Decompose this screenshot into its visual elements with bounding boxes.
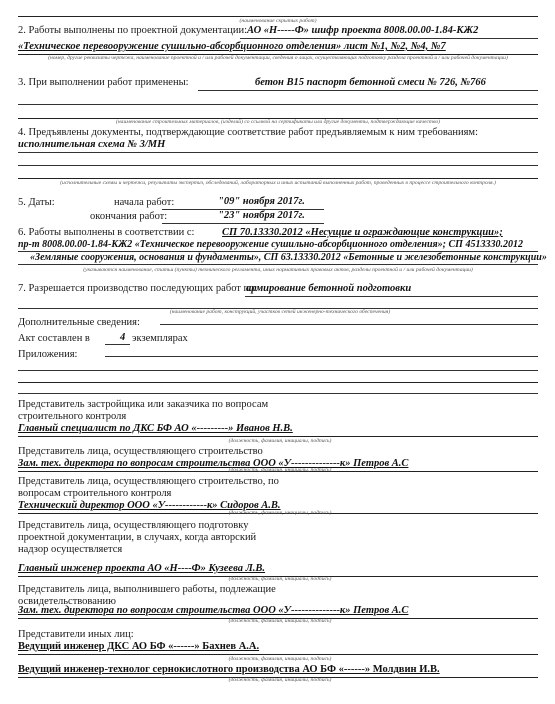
sig1-role-line1: Представитель застройщика или заказчика … xyxy=(18,399,268,411)
sig5-caption: (должность, фамилия, инициалы, подпись) xyxy=(160,618,400,625)
section2-value-line1: АО «Н-----Ф» шифр проекта 8008.00.00-1.8… xyxy=(247,25,478,37)
start-date-label: начала работ: xyxy=(114,197,174,209)
section6-value-line1: СП 70.13330.2012 «Несущие и ограждающие … xyxy=(222,227,503,239)
attachments-line2 xyxy=(18,370,538,371)
start-date-value: "09" ноября 2017г. xyxy=(218,196,305,208)
copies-value: 4 xyxy=(120,332,125,344)
caption-project-docs: (номер, другие реквизиты чертежа, наимен… xyxy=(30,55,526,62)
section5-label: 5. Даты: xyxy=(18,197,55,209)
sig4-role-line3: надзор осуществляется xyxy=(18,544,122,556)
end-date-label: окончания работ: xyxy=(90,211,167,223)
additional-line xyxy=(160,324,538,325)
hidden-works-line xyxy=(18,16,538,17)
copies-label: Акт составлен в xyxy=(18,333,90,345)
section7-value: армирование бетонной подготовки xyxy=(246,283,411,295)
caption-standards: (указываются наименование, статьи (пункт… xyxy=(18,267,538,274)
section7-line1 xyxy=(245,296,538,297)
sig2-role-line1: Представитель лица, осуществляющего стро… xyxy=(18,446,263,458)
section4-line2 xyxy=(18,165,538,166)
sig5-role-line1: Представитель лица, выполнившего работы,… xyxy=(18,584,276,596)
section3-value: бетон В15 паспорт бетонной смеси № 726, … xyxy=(255,77,486,89)
section6-value-line2: пр-т 8008.00.00-1.84-КЖ2 «Техническое пе… xyxy=(18,239,523,251)
section3-line1 xyxy=(198,90,538,91)
section7-label: 7. Разрешается производство последующих … xyxy=(18,283,257,295)
sig4-person: Главный инженер проекта АО «Н----Ф» Кузе… xyxy=(18,563,265,575)
sig3-role-line1: Представитель лица, осуществляющего стро… xyxy=(18,476,279,488)
caption-hidden-works: (наименование скрытых работ) xyxy=(18,18,538,25)
section2-label: 2. Работы выполнены по проектной докумен… xyxy=(18,25,247,37)
section3-label: 3. При выполнении работ применены: xyxy=(18,77,189,89)
section6-label: 6. Работы выполнены в соответствии с: xyxy=(18,227,194,239)
sig7-person: Ведущий инженер-технолог сернокислотного… xyxy=(18,664,440,676)
sig4-role-line1: Представитель лица, осуществляющего подг… xyxy=(18,520,248,532)
sig4-role-line2: проектной документации, в случаях, когда… xyxy=(18,532,256,544)
copies-line xyxy=(105,344,130,345)
section6-line3 xyxy=(18,264,538,265)
attachments-line1 xyxy=(105,356,538,357)
caption-documents: (исполнительные схемы и чертежи, результ… xyxy=(22,180,534,187)
section4-label: 4. Предъявлены документы, подтверждающие… xyxy=(18,127,478,139)
sig6-line xyxy=(18,654,538,655)
sig5-person: Зам. тех. директора по вопросам строител… xyxy=(18,605,408,617)
sig1-caption: (должность, фамилия, инициалы, подпись) xyxy=(160,438,400,445)
section3-line2 xyxy=(18,104,538,105)
section6-value-line3: «Земляные сооружения, основания и фундам… xyxy=(30,252,547,264)
section2-line1 xyxy=(240,38,538,39)
section2-value-line2: «Техническое перевооружение сушильно-абс… xyxy=(18,41,446,53)
caption-materials: (наименование строительных материалов, (… xyxy=(18,119,538,126)
end-date-value: "23" ноября 2017г. xyxy=(218,210,305,222)
attachments-line4 xyxy=(18,393,538,394)
copies-suffix: экземплярах xyxy=(132,333,188,345)
sig1-role-line2: строительного контроля xyxy=(18,411,126,423)
sig6-person: Ведущий инженер ДКС АО БФ «------» Бахне… xyxy=(18,641,259,653)
section4-value: исполнительная схема № 3/МН xyxy=(18,139,165,151)
sig6-role-line1: Представители иных лиц: xyxy=(18,629,134,641)
sig1-person: Главный специалист по ДКС БФ АО «-------… xyxy=(18,423,293,435)
caption-next-works: (наименование работ, конструкций, участк… xyxy=(130,309,430,316)
attachments-label: Приложения: xyxy=(18,349,77,361)
sig3-caption: (должность, фамилия, инициалы, подпись) xyxy=(160,510,400,517)
sig4-caption: (должность, фамилия, инициалы, подпись) xyxy=(160,576,400,583)
sig7-caption: (должность, фамилия, инициалы, подпись) xyxy=(160,677,400,684)
sig3-role-line2: вопросам строительного контроля xyxy=(18,488,171,500)
additional-label: Дополнительные сведения: xyxy=(18,317,140,329)
attachments-line3 xyxy=(18,382,538,383)
sig6-caption: (должность, фамилия, инициалы, подпись) xyxy=(160,656,400,663)
sig2-caption: (должность, фамилия, инициалы, подпись) xyxy=(160,467,400,474)
end-date-line xyxy=(162,223,324,224)
sig1-line xyxy=(18,436,538,437)
section4-line1 xyxy=(18,152,538,153)
section4-line3 xyxy=(18,178,538,179)
